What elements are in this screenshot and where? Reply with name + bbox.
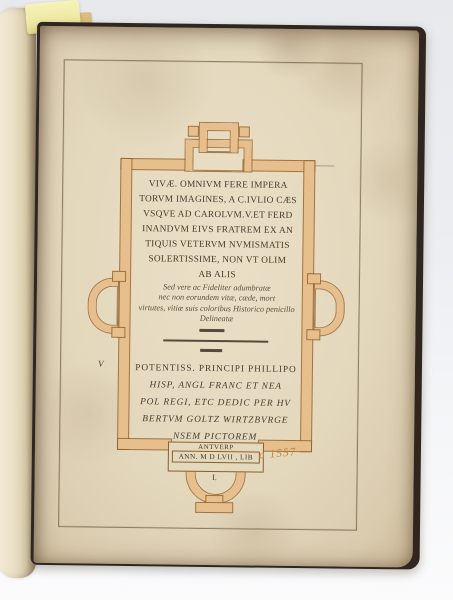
- cartouche-top-bar-left: [121, 159, 189, 170]
- dedication: POTENTISS. PRINCIPI PHILLIPO HISP, ANGL …: [120, 360, 311, 447]
- left-lobe-bottom-tab: [112, 328, 124, 337]
- right-lobe-bottom-tab: [307, 330, 319, 339]
- subtitle-italic: Sed vere ac Fideliter adumbratæ nec non …: [76, 281, 356, 326]
- finial-right-arm: [240, 127, 249, 136]
- title-page: VIVÆ. OMNIVM FERE IMPERA TORVM IMAGINES,…: [34, 26, 420, 568]
- finial-left-arm: [189, 127, 198, 136]
- handwritten-margin-check: V: [98, 359, 104, 369]
- divider-short-rule-top: [199, 329, 224, 332]
- divider-short-rule-bottom: [200, 349, 222, 352]
- finial-upper-step: [200, 123, 238, 152]
- main-title: VIVÆ. OMNIVM FERE IMPERA TORVM IMAGINES,…: [121, 177, 314, 284]
- title-line: SOLERTISSIME, NON VT OLIM: [121, 252, 313, 269]
- imprint-date: ANN. M D LVII , LIB: [172, 451, 260, 464]
- dedication-line: BERTVM GOLTZ WIRTZBVRGE: [120, 411, 310, 430]
- faint-pencil-line: [314, 165, 334, 166]
- book: VIVÆ. OMNIVM FERE IMPERA TORVM IMAGINES,…: [28, 22, 427, 573]
- photo-of-antique-book: VIVÆ. OMNIVM FERE IMPERA TORVM IMAGINES,…: [0, 0, 453, 600]
- imprint-box: ANTVERP ANN. M D LVII , LIB: [168, 441, 264, 472]
- imprint-volume: I.: [168, 472, 262, 482]
- pedestal-base: [196, 503, 232, 512]
